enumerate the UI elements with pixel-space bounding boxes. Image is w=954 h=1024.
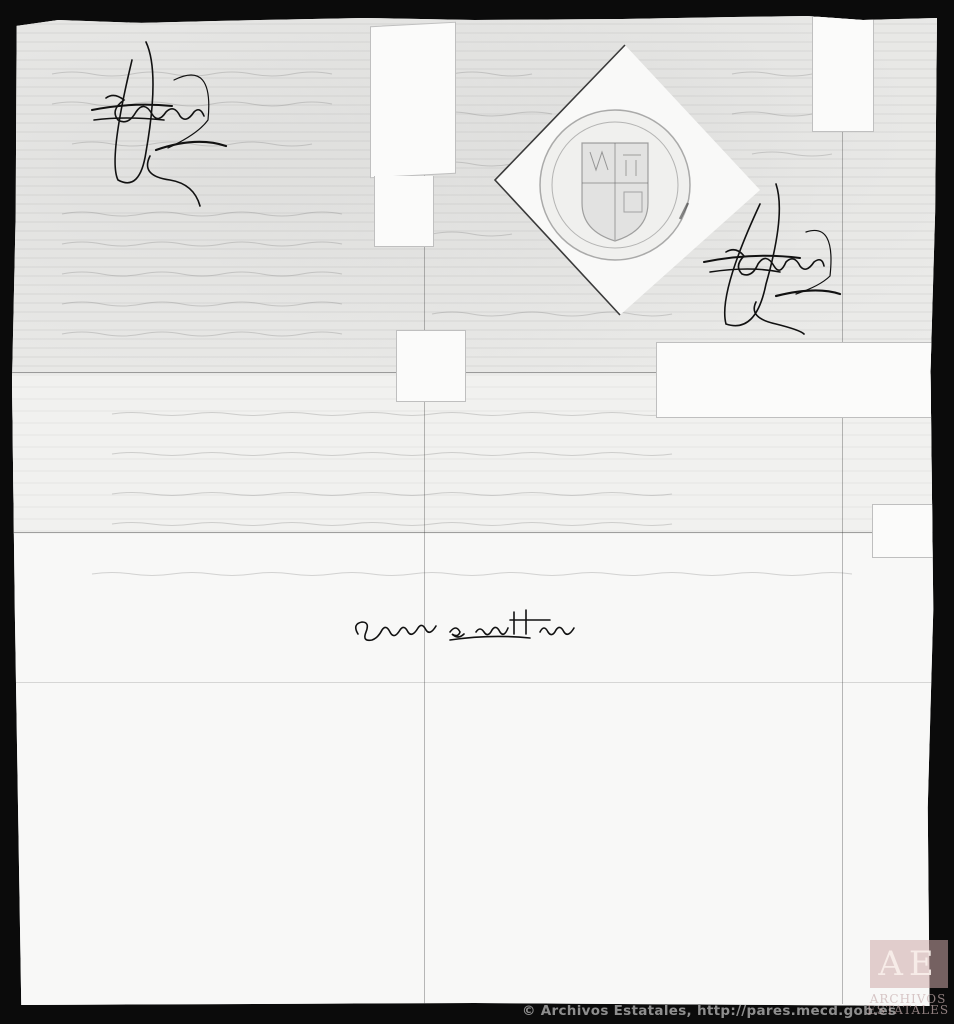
logo-letters: AE bbox=[870, 940, 948, 988]
repair-patch bbox=[374, 176, 434, 247]
archivos-estatales-logo: AE ARCHIVOS ESTATALES bbox=[862, 930, 954, 1024]
signature-top-left bbox=[84, 40, 244, 220]
fold-line-horizontal bbox=[12, 682, 937, 683]
repair-patch bbox=[396, 330, 466, 402]
repair-patch bbox=[656, 342, 936, 418]
repair-patch bbox=[370, 22, 456, 179]
repair-patch bbox=[872, 504, 937, 558]
repair-patch bbox=[812, 16, 874, 132]
document-viewer: © Archivos Estatales, http://pares.mecd.… bbox=[0, 0, 954, 1024]
fold-line-horizontal bbox=[12, 532, 937, 533]
endorsement-line bbox=[350, 606, 590, 656]
copyright-notice: © Archivos Estatales, http://pares.mecd.… bbox=[522, 1003, 896, 1019]
logo-text: ARCHIVOS ESTATALES bbox=[862, 994, 954, 1016]
fold-line-vertical bbox=[842, 24, 843, 1004]
signature-right bbox=[696, 182, 856, 342]
logo-text-line2: ESTATALES bbox=[862, 1005, 954, 1016]
